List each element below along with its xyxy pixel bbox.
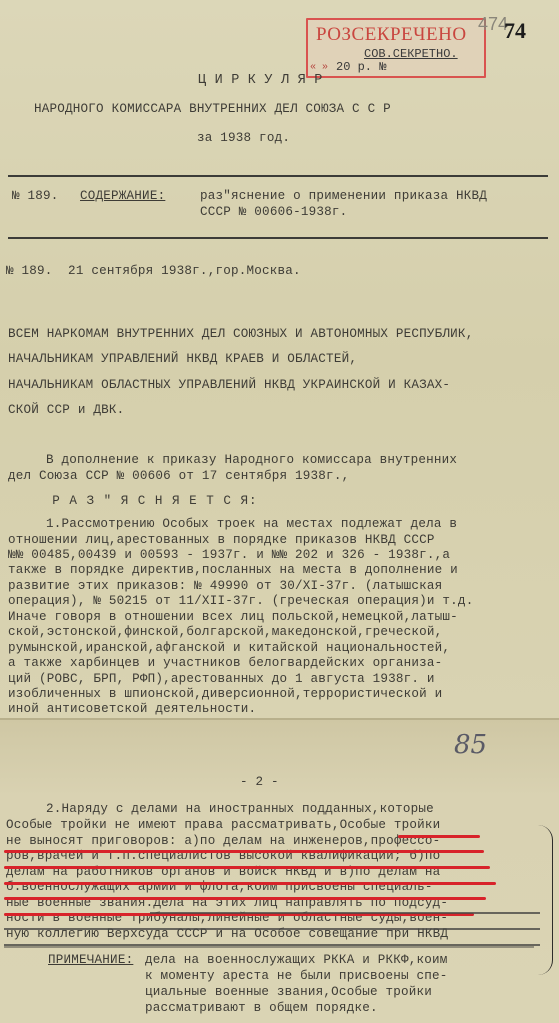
- stamp-quotes: « »: [310, 62, 328, 73]
- stamp-title: РОЗСЕКРЕЧЕНО: [316, 24, 467, 46]
- paragraph-line: а также харбинцев и участников белогвард…: [8, 656, 442, 672]
- red-underline: [4, 882, 496, 885]
- paragraph-line: №№ 00485,00439 и 00593 - 1937г. и №№ 202…: [8, 548, 450, 564]
- document-year: за 1938 год.: [197, 131, 290, 147]
- document-sheet-1: РОЗСЕКРЕЧЕНО СОВ.СЕКРЕТНО. « » 20 р. № 4…: [0, 0, 559, 718]
- summary-text-line2: СССР № 00606-1938г.: [200, 205, 347, 221]
- archive-page-number: 74: [504, 18, 526, 44]
- paragraph-line: не выносят приговоров: а)по делам на инж…: [6, 834, 440, 850]
- paragraph-line: операция), № 50215 от 11/XII-37г. (грече…: [8, 594, 473, 610]
- pencil-underline: [4, 946, 534, 948]
- preamble-line: дел Союза ССР № 00606 от 17 сентября 193…: [8, 469, 349, 485]
- note-label: ПРИМЕЧАНИЕ:: [48, 953, 133, 969]
- red-underline: [4, 897, 486, 900]
- paragraph-line: также в порядке директив,посланных на ме…: [8, 563, 458, 579]
- red-underline: [398, 835, 480, 838]
- note-line: дела на военнослужащих РККА и РККФ,коим: [145, 953, 448, 969]
- document-issuer: НАРОДНОГО КОМИССАРА ВНУТРЕННИХ ДЕЛ СОЮЗА…: [34, 102, 391, 118]
- paragraph-line: ций (РОВС, БРП, РФП),арестованных до 1 а…: [8, 672, 435, 688]
- summary-text-line1: раз"яснение о применении приказа НКВД: [200, 189, 487, 205]
- dateline: № 189. 21 сентября 1938г.,гор.Москва.: [6, 264, 301, 280]
- paragraph-line: ской,эстонской,финской,болгарской,македо…: [8, 625, 442, 641]
- paragraph-line: иной антисоветской деятельности.: [8, 702, 256, 718]
- stamp-classification: СОВ.СЕКРЕТНО.: [364, 47, 458, 61]
- handwritten-page-number: 85: [454, 730, 487, 760]
- paragraph-line: изобличенных в шпионской,диверсионной,те…: [8, 687, 442, 703]
- preamble-line: В дополнение к приказу Народного комисса…: [15, 453, 457, 469]
- paragraph-line: Особые тройки не имеют права рассматрива…: [6, 818, 440, 834]
- explains-heading: Р А З " Я С Н Я Е Т С Я:: [18, 494, 258, 510]
- pencil-underline: [4, 928, 540, 930]
- addressee-line: НАЧАЛЬНИКАМ УПРАВЛЕНИЙ НКВД КРАЕВ И ОБЛА…: [8, 352, 357, 368]
- red-underline: [4, 866, 490, 869]
- margin-bracket-mark: [538, 825, 553, 975]
- paragraph-line: Иначе говоря в отношении всех лиц польск…: [8, 610, 458, 626]
- addressee-line: СКОЙ ССР и ДВК.: [8, 403, 124, 419]
- red-underline: [4, 850, 484, 853]
- divider-bottom: [8, 237, 548, 239]
- addressee-line: НАЧАЛЬНИКАМ ОБЛАСТНЫХ УПРАВЛЕНИЙ НКВД УК…: [8, 378, 450, 394]
- note-line: циальные военные звания,Особые тройки: [145, 985, 432, 1001]
- addressee-line: ВСЕМ НАРКОМАМ ВНУТРЕННИХ ДЕЛ СОЮЗНЫХ И А…: [8, 327, 473, 343]
- pencil-underline: [150, 912, 540, 914]
- paragraph-line: румынской,иранской,афганской и китайской…: [8, 641, 450, 657]
- declassified-stamp: РОЗСЕКРЕЧЕНО СОВ.СЕКРЕТНО. « » 20 р. №: [306, 18, 486, 78]
- paragraph-line: отношении лиц,арестованных в порядке при…: [8, 533, 435, 549]
- paragraph-line: развитие этих приказов: № 49990 от 30/XI…: [8, 579, 442, 595]
- divider-top: [8, 175, 548, 177]
- paragraph-line: 1.Рассмотрению Особых троек на местах по…: [15, 517, 457, 533]
- note-line: к моменту ареста не были присвоены спе-: [145, 969, 448, 985]
- page-marker: - 2 -: [240, 775, 279, 791]
- document-title: Ц И Р К У Л Я Р: [198, 73, 323, 89]
- note-line: рассматривают в общем порядке.: [145, 1001, 378, 1017]
- paragraph-line: 2.Наряду с делами на иностранных подданн…: [15, 802, 434, 818]
- summary-label: СОДЕРЖАНИЕ:: [80, 189, 165, 205]
- stamp-date-line: 20 р. №: [336, 60, 386, 74]
- summary-number: № 189.: [12, 189, 59, 205]
